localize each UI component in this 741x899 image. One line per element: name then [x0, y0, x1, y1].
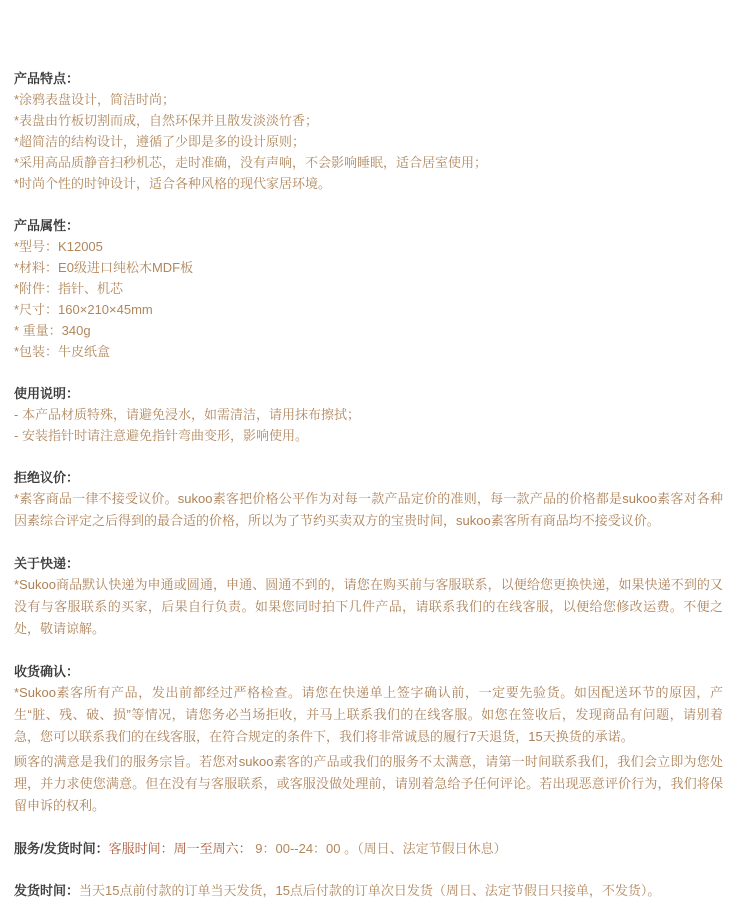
- product-description-page: 产品特点： *涂鸦表盘设计，简洁时尚； *表盘由竹板切割而成，自然环保并且散发淡…: [0, 0, 741, 899]
- section-delivery: 关于快递： *Sukoo商品默认快递为申通或圆通，申通、圆通不到的，请您在购买前…: [14, 553, 723, 640]
- usage-title: 使用说明：: [14, 383, 723, 404]
- service-hours-label: 服务/发货时间：: [14, 841, 109, 856]
- receipt-paragraph-1: *Sukoo素客所有产品，发出前都经过严格检查。请您在快递单上签字确认前，一定要…: [14, 682, 723, 748]
- service-hours-highlight: 客服时间：周一至周六：: [109, 841, 252, 856]
- dispatch-time-detail: 当天15点前付款的订单当天发货，15点后付款的订单次日发货（周日、法定节假日只接…: [79, 883, 660, 898]
- section-usage: 使用说明： - 本产品材质特殊，请避免浸水，如需清洁，请用抹布擦拭； - 安装指…: [14, 383, 723, 446]
- attributes-title: 产品属性：: [14, 215, 723, 236]
- attribute-line: * 重量：340g: [14, 320, 723, 341]
- section-receipt: 收货确认： *Sukoo素客所有产品，发出前都经过严格检查。请您在快递单上签字确…: [14, 661, 723, 817]
- usage-line: - 安装指针时请注意避免指针弯曲变形，影响使用。: [14, 425, 723, 446]
- section-attributes: 产品属性： *型号：K12005 *材料：E0级进口纯松木MDF板 *附件：指针…: [14, 215, 723, 362]
- features-title: 产品特点：: [14, 68, 723, 89]
- delivery-title: 关于快递：: [14, 553, 723, 574]
- feature-line: *超简洁的结构设计，遵循了少即是多的设计原则；: [14, 131, 723, 152]
- usage-line: - 本产品材质特殊，请避免浸水，如需清洁，请用抹布擦拭；: [14, 404, 723, 425]
- section-service-hours: 服务/发货时间：客服时间：周一至周六： 9：00--24：00 。（周日、法定节…: [14, 838, 723, 859]
- attribute-line: *尺寸：160×210×45mm: [14, 299, 723, 320]
- feature-line: *采用高品质静音扫秒机芯，走时准确，没有声响，不会影响睡眠，适合居室使用；: [14, 152, 723, 173]
- dispatch-time-label: 发货时间：: [14, 883, 79, 898]
- section-features: 产品特点： *涂鸦表盘设计，简洁时尚； *表盘由竹板切割而成，自然环保并且散发淡…: [14, 68, 723, 194]
- section-dispatch-time: 发货时间：当天15点前付款的订单当天发货，15点后付款的订单次日发货（周日、法定…: [14, 880, 723, 899]
- attribute-line: *材料：E0级进口纯松木MDF板: [14, 257, 723, 278]
- attribute-line: *型号：K12005: [14, 236, 723, 257]
- receipt-paragraph-2: 顾客的满意是我们的服务宗旨。若您对sukoo素客的产品或我们的服务不太满意，请第…: [14, 751, 723, 817]
- receipt-title: 收货确认：: [14, 661, 723, 682]
- service-hours-detail: 9：00--24：00 。（周日、法定节假日休息）: [252, 841, 507, 856]
- attribute-line: *包装：牛皮纸盒: [14, 341, 723, 362]
- feature-line: *时尚个性的时钟设计，适合各种风格的现代家居环境。: [14, 173, 723, 194]
- attribute-line: *附件：指针、机芯: [14, 278, 723, 299]
- no-bargain-paragraph: *素客商品一律不接受议价。sukoo素客把价格公平作为对每一款产品定价的准则，每…: [14, 488, 723, 532]
- delivery-paragraph: *Sukoo商品默认快递为申通或圆通，申通、圆通不到的，请您在购买前与客服联系，…: [14, 574, 723, 640]
- no-bargain-title: 拒绝议价：: [14, 467, 723, 488]
- section-no-bargain: 拒绝议价： *素客商品一律不接受议价。sukoo素客把价格公平作为对每一款产品定…: [14, 467, 723, 532]
- feature-line: *涂鸦表盘设计，简洁时尚；: [14, 89, 723, 110]
- feature-line: *表盘由竹板切割而成，自然环保并且散发淡淡竹香；: [14, 110, 723, 131]
